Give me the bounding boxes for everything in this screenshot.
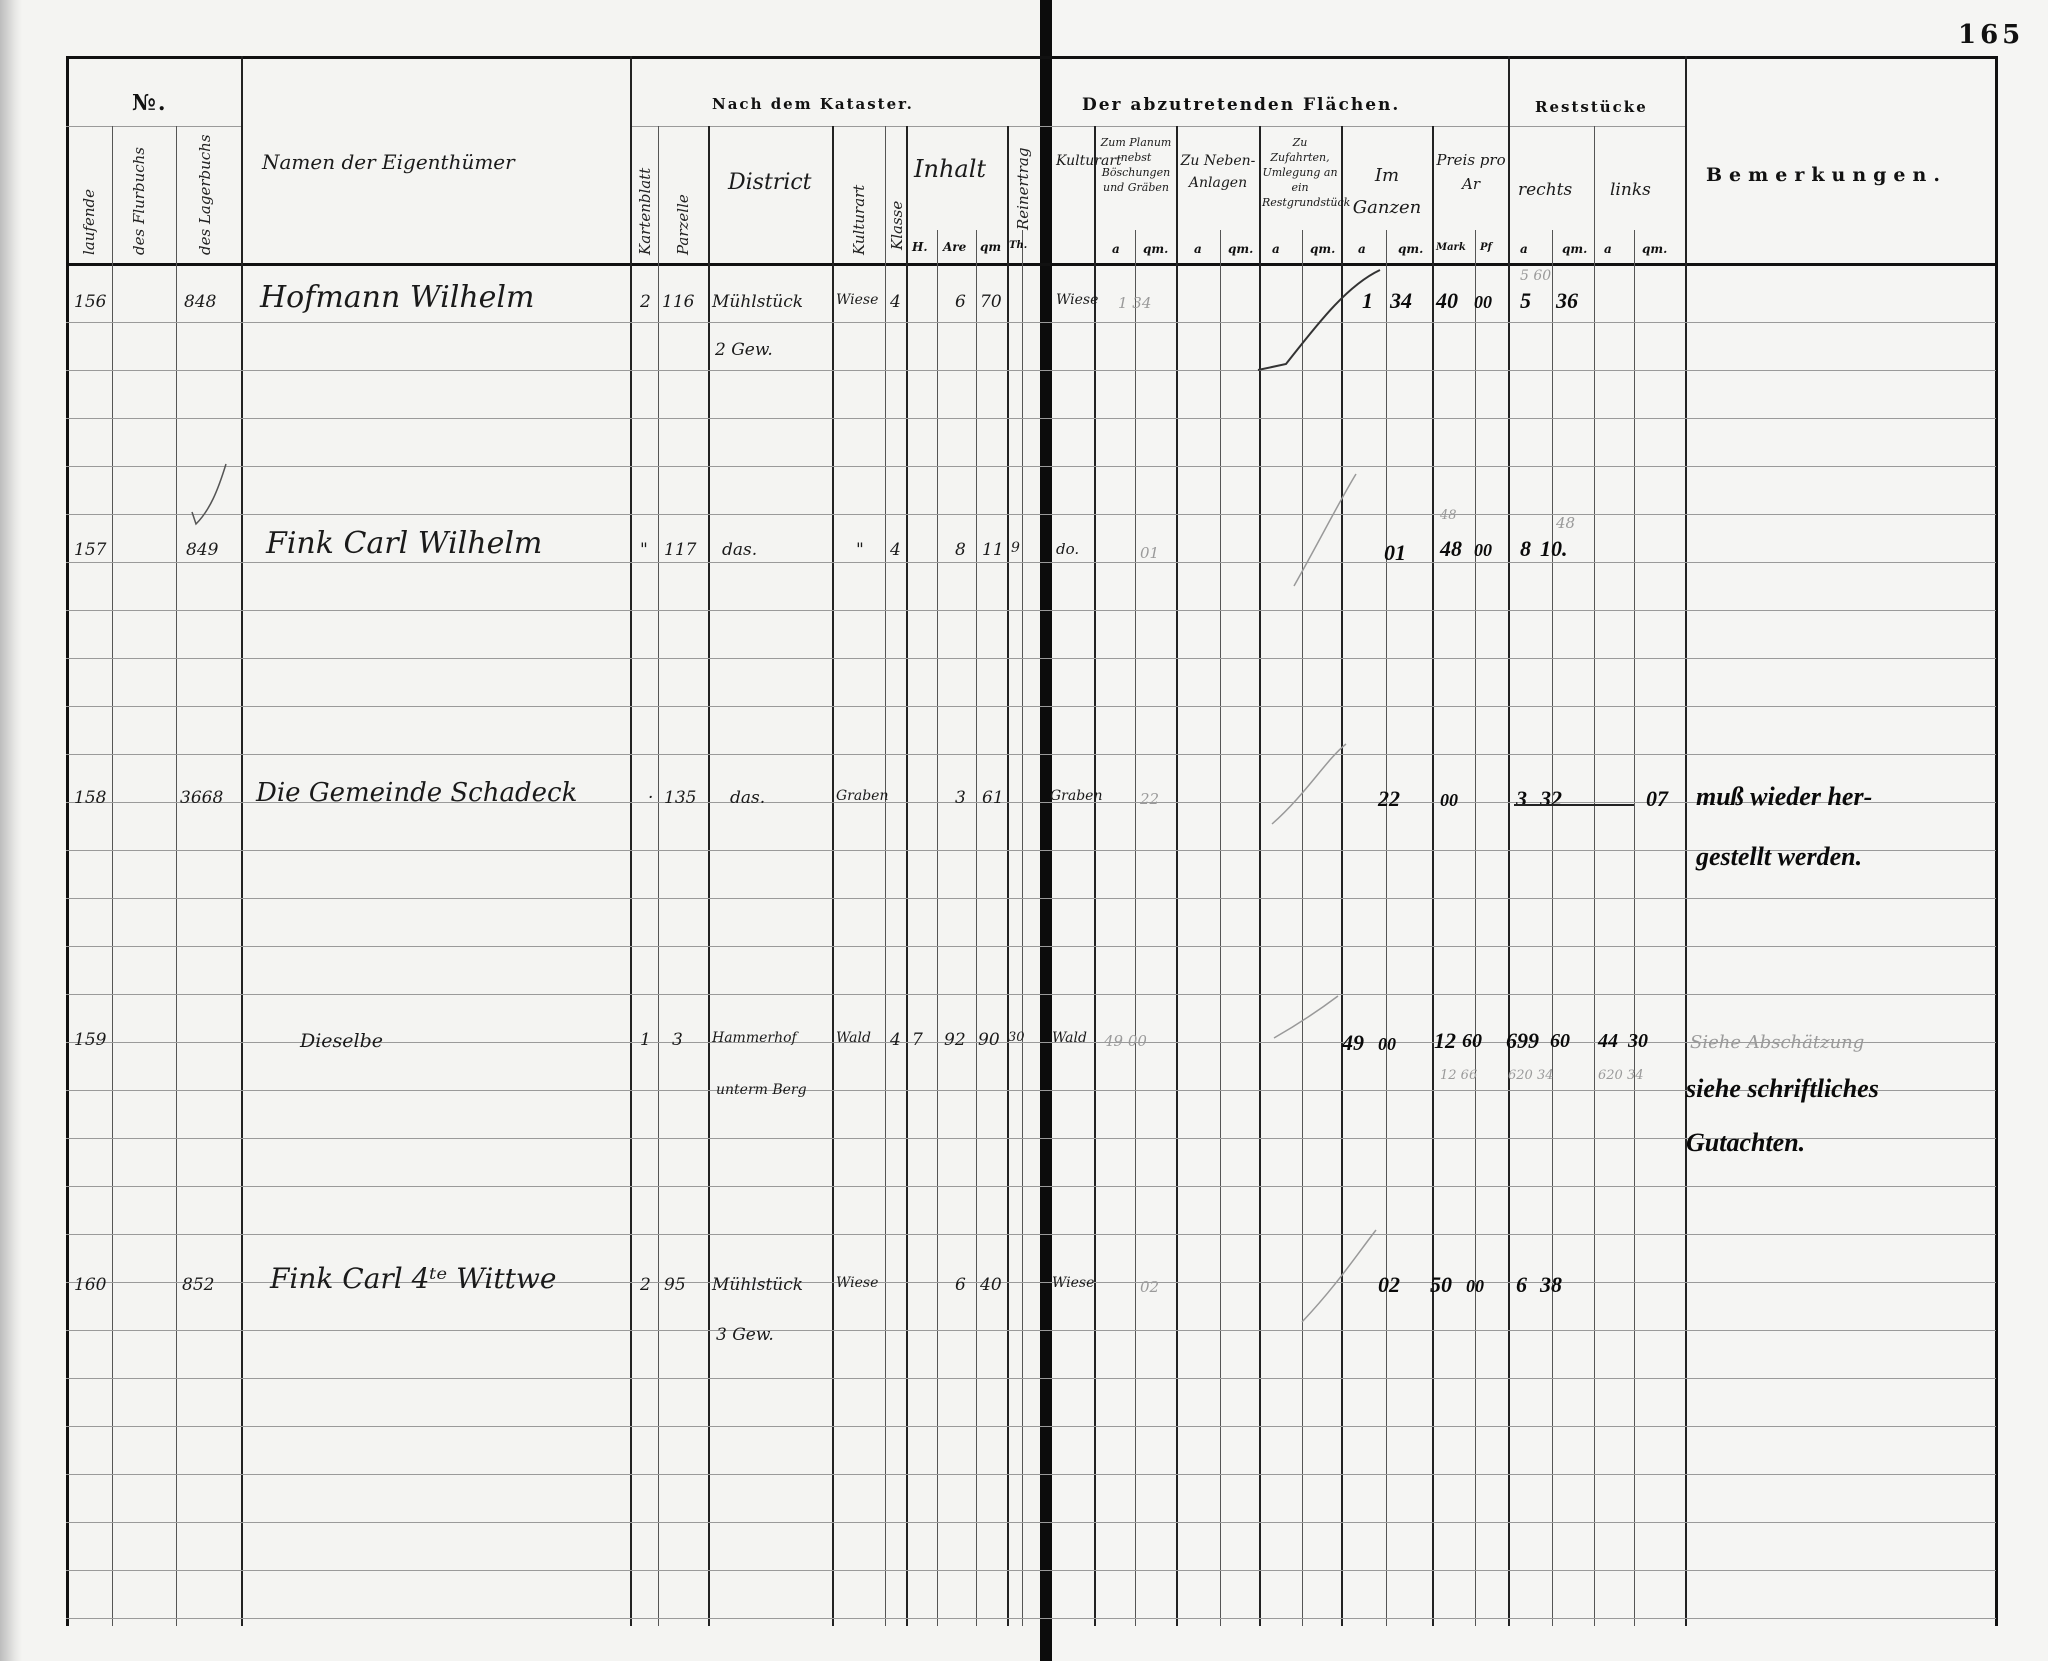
cell-rechts-note: 620 34 [1508, 1068, 1554, 1083]
col-header-nebenanlagen: Zu Neben-Anlagen [1180, 150, 1256, 194]
cell-rechts-a: 699 [1506, 1028, 1539, 1054]
cell-kulturart: " [856, 540, 864, 560]
cell-district: das. [730, 788, 765, 808]
cell-planum: 02 [1140, 1278, 1159, 1296]
cell-lfd: 157 [74, 540, 106, 560]
ruling-line [66, 754, 1996, 755]
cell-name: Hofmann Wilhelm [260, 280, 534, 315]
cell-rechts-qm: 38 [1540, 1272, 1562, 1298]
col-line [1135, 230, 1136, 1626]
cell-rechts-qm: 36 [1556, 288, 1578, 314]
cell-preis-pf: 00 [1440, 790, 1458, 811]
unit-a: a [1272, 242, 1280, 256]
cell-klasse: 4 [890, 292, 901, 312]
col-line [1552, 230, 1553, 1626]
cell-lagerbuch: 849 [186, 540, 218, 560]
ruling-line [66, 706, 1996, 707]
ruling-line [66, 322, 1996, 323]
unit-gm: qm. [1310, 242, 1335, 256]
cell-links-qm: 30 [1628, 1030, 1648, 1053]
cell-parzelle: 117 [664, 540, 696, 560]
col-header-planum: Zum Planum nebst Böschungen und Gräben [1098, 135, 1174, 195]
cell-klasse: 4 [890, 1030, 901, 1050]
col-header-lagerbuch: des Lagerbuchs [196, 130, 214, 255]
col-header-reinertrag: Reinertrag [1014, 130, 1032, 230]
ruling-line [66, 946, 1996, 947]
unit-a: a [1604, 242, 1612, 256]
cell-inhalt-are: 3 [955, 788, 966, 808]
header-kataster: Nach dem Kataster. [712, 95, 914, 113]
ruling-line [66, 1522, 1996, 1523]
cell-rechts-a: 8 [1520, 536, 1531, 562]
table-right-border [1995, 56, 1998, 1626]
unit-a: a [1194, 242, 1202, 256]
col-line [708, 126, 710, 1626]
cell-kultur2: Graben [1050, 788, 1103, 804]
header-reststuecke: Reststücke [1535, 98, 1648, 116]
cell-parzelle: 116 [662, 292, 694, 312]
cell-reinertrag: 30 [1008, 1030, 1025, 1045]
cell-lagerbuch: 848 [184, 292, 216, 312]
ruling-line [66, 1474, 1996, 1475]
cell-inhalt-are: 6 [955, 1275, 966, 1295]
cell-rechts-qm: 32 [1540, 786, 1562, 812]
cell-inhalt-are: 6 [955, 292, 966, 312]
cell-preis-mark: 12 [1434, 1028, 1456, 1054]
cell-name: Die Gemeinde Schadeck [256, 778, 577, 808]
cell-kulturart: Wald [836, 1030, 871, 1046]
cell-name: Fink Carl 4ᵗᵉ Wittwe [270, 1262, 556, 1295]
unit-are: Are [943, 240, 966, 254]
cell-im-ganzen-qm: 34 [1390, 288, 1412, 314]
ruling-line [66, 1378, 1996, 1379]
cell-links-qm: 07 [1646, 786, 1668, 812]
cell-im-ganzen-qm: 00 [1378, 1034, 1396, 1055]
col-line [1302, 230, 1303, 1626]
col-line [1685, 56, 1687, 1626]
cell-im-ganzen-qm: 02 [1378, 1272, 1400, 1298]
book-spine [1040, 0, 1052, 1661]
cell-kultur2: Wiese [1052, 1275, 1094, 1291]
cell-inhalt-h: 7 [912, 1030, 923, 1050]
cell-rechts-a: 3 [1516, 786, 1527, 812]
cell-lagerbuch: 3668 [180, 788, 223, 808]
col-line [1176, 126, 1178, 1626]
unit-gm: qm. [1228, 242, 1253, 256]
header-flaechen: Der abzutretenden Flächen. [1082, 95, 1400, 115]
col-line [1094, 126, 1096, 1626]
cell-inhalt-qm: 70 [980, 292, 1002, 312]
unit-a: a [1358, 242, 1366, 256]
ruling-line [66, 1186, 1996, 1187]
cell-lagerbuch: 852 [182, 1275, 214, 1295]
cell-im-ganzen-qm: 22 [1378, 786, 1400, 812]
cell-inhalt-are: 92 [944, 1030, 966, 1050]
cell-kultur2: do. [1056, 540, 1079, 558]
cell-kartenblatt: 1 [640, 1030, 651, 1050]
col-header-kartenblatt: Kartenblatt [636, 130, 654, 255]
cell-preis-pf: 60 [1462, 1030, 1482, 1053]
cell-kartenblatt: " [640, 540, 648, 560]
col-header-im-ganzen: Im Ganzen [1346, 160, 1428, 224]
cell-preis-mark: 50 [1430, 1272, 1452, 1298]
cell-kultur2: Wald [1052, 1030, 1087, 1046]
cell-kulturart: Graben [836, 788, 889, 804]
cell-preis-mark: 40 [1436, 288, 1458, 314]
col-header-kulturart: Kulturart [850, 130, 868, 255]
bracket-mark-icon [1256, 266, 1386, 376]
cell-bemerkung: muß wieder her- [1696, 782, 1872, 812]
cell-inhalt-qm: 11 [982, 540, 1004, 560]
cell-klasse: 4 [890, 540, 901, 560]
cell-preis-note: 12 66 [1440, 1068, 1477, 1083]
col-line [906, 126, 908, 1626]
col-line [832, 126, 834, 1626]
col-header-kulturart2: Kulturart [1056, 150, 1092, 172]
ruling-line [66, 1570, 1996, 1571]
cell-im-ganzen-qm: 01 [1384, 540, 1406, 566]
col-line [885, 126, 886, 1626]
table-top-border [66, 56, 1996, 59]
cell-district: das. [722, 540, 757, 560]
unit-mark: Mark [1436, 242, 1466, 253]
col-line [658, 126, 659, 1626]
col-line [1220, 230, 1221, 1626]
cell-planum: 49 00 [1104, 1032, 1147, 1050]
cell-district: Hammerhof [712, 1030, 797, 1046]
cell-lfd: 159 [74, 1030, 106, 1050]
cell-bemerkung: siehe schriftliches [1686, 1074, 1879, 1104]
cell-reinertrag: 9 [1011, 540, 1020, 556]
col-header-links: links [1610, 180, 1651, 200]
cell-planum: 1 34 [1118, 294, 1151, 312]
page-number: 165 [1958, 20, 2024, 50]
col-header-eigentuemer: Namen der Eigenthümer [262, 150, 515, 174]
col-line [1634, 230, 1635, 1626]
ruling-line [66, 1234, 1996, 1235]
ruling-line [66, 418, 1996, 419]
strike-line [1514, 804, 1634, 806]
cell-preis-mark: 48 [1440, 536, 1462, 562]
cell-im-ganzen-a: 49 [1342, 1030, 1364, 1056]
header-bemerkungen: Bemerkungen. [1706, 164, 1947, 186]
col-header-rechts: rechts [1518, 180, 1572, 200]
cell-district2: unterm Berg [716, 1082, 807, 1098]
col-line [630, 56, 632, 1626]
cell-preis-pf: 00 [1474, 540, 1492, 561]
cell-inhalt-qm: 90 [978, 1030, 1000, 1050]
col-line [241, 56, 243, 1626]
header-bottom-border [66, 263, 1996, 266]
ruling-line [66, 610, 1996, 611]
col-header-flurbuch: des Flurbuchs [130, 130, 148, 255]
col-line [1022, 230, 1023, 1626]
col-line [176, 126, 177, 1626]
ruling-line [66, 898, 1996, 899]
unit-th: Th. [1009, 240, 1027, 251]
cell-links-note: 620 34 [1598, 1068, 1644, 1083]
col-header-klasse: Klasse [888, 150, 906, 250]
cell-planum: 01 [1140, 544, 1159, 562]
col-line [976, 230, 977, 1626]
cell-district: Mühlstück [712, 1275, 803, 1295]
unit-qm: qm [980, 240, 1001, 254]
col-header-zufahrt: Zu Zufahrten, Umlegung an ein Restgrunds… [1262, 135, 1338, 210]
ruling-line [66, 562, 1996, 563]
unit-h: H. [912, 240, 928, 254]
cell-rechts-note: 5 60 [1520, 268, 1551, 284]
cell-kartenblatt: 2 [640, 1275, 651, 1295]
ruling-line [66, 1618, 1996, 1619]
ruling-line [66, 1330, 1996, 1331]
cell-inhalt-qm: 61 [982, 788, 1004, 808]
col-line [1386, 230, 1387, 1626]
col-header-preis: Preis pro Ar [1436, 148, 1506, 196]
page-edge [0, 0, 22, 1661]
cell-inhalt-are: 8 [955, 540, 966, 560]
cell-kartenblatt: · [648, 788, 653, 808]
unit-gm: qm. [1642, 242, 1667, 256]
cell-district2: 3 Gew. [716, 1325, 774, 1345]
unit-gm: qm. [1143, 242, 1168, 256]
cell-parzelle: 3 [672, 1030, 683, 1050]
cell-rechts-a: 5 [1520, 288, 1531, 314]
unit-gm: qm. [1398, 242, 1423, 256]
cell-rechts-qm: 60 [1550, 1030, 1570, 1053]
bracket-mark-icon [1272, 992, 1342, 1042]
cell-links-a: 44 [1598, 1030, 1618, 1053]
cell-parzelle: 95 [664, 1275, 686, 1295]
cell-bemerkung-struck: Siehe Abschätzung [1690, 1032, 1864, 1053]
cell-preis-pf: 00 [1466, 1276, 1484, 1297]
cell-bemerkung2: Gutachten. [1686, 1128, 1805, 1158]
sub-divider [66, 126, 242, 127]
cell-rechts-note: 48 [1556, 514, 1575, 532]
cell-lfd: 156 [74, 292, 106, 312]
table-left-border [66, 56, 69, 1626]
cell-name: Dieselbe [300, 1030, 383, 1052]
cell-lfd: 160 [74, 1275, 106, 1295]
cell-kulturart: Wiese [836, 1275, 878, 1291]
cell-preis-pf: 00 [1474, 292, 1492, 313]
cell-parzelle: 135 [664, 788, 696, 808]
cell-inhalt-qm: 40 [980, 1275, 1002, 1295]
cell-name: Fink Carl Wilhelm [266, 526, 542, 561]
bracket-mark-icon [1290, 470, 1360, 590]
col-line [937, 230, 938, 1626]
ruling-line [66, 370, 1996, 371]
unit-a: a [1112, 242, 1120, 256]
unit-gm: qm. [1562, 242, 1587, 256]
col-line [1508, 56, 1510, 1626]
ruling-line [66, 658, 1996, 659]
ruling-line [66, 514, 1996, 515]
unit-a: a [1520, 242, 1528, 256]
bracket-mark-icon [1270, 740, 1350, 830]
check-mark-icon [190, 460, 230, 530]
col-line [1007, 126, 1009, 1626]
ruling-line [66, 994, 1996, 995]
cell-rechts-a: 6 [1516, 1272, 1527, 1298]
cell-kultur2: Wiese [1056, 292, 1098, 308]
sub-divider [630, 126, 1685, 127]
cell-lfd: 158 [74, 788, 106, 808]
col-header-district: District [728, 170, 812, 195]
col-header-parzelle: Parzelle [674, 130, 692, 255]
col-line [1475, 230, 1476, 1626]
bracket-mark-icon [1300, 1226, 1380, 1326]
cell-district2: 2 Gew. [715, 340, 773, 360]
header-no: №. [132, 90, 168, 116]
cell-preis-note: 48 [1440, 508, 1457, 523]
col-header-lfd: laufende [80, 130, 98, 255]
col-header-inhalt: Inhalt [914, 155, 986, 183]
unit-pf: Pf [1480, 242, 1492, 253]
col-line [112, 126, 113, 1626]
left-page [0, 0, 1040, 1661]
cell-rechts-qm: 10. [1540, 536, 1568, 562]
ruling-line [66, 1426, 1996, 1427]
cell-district: Mühlstück [712, 292, 803, 312]
cell-bemerkung2: gestellt werden. [1696, 842, 1862, 872]
col-line [1432, 126, 1434, 1626]
cell-planum: 22 [1140, 790, 1159, 808]
cell-kulturart: Wiese [836, 292, 878, 308]
col-line [1594, 126, 1595, 1626]
cell-kartenblatt: 2 [640, 292, 651, 312]
ruling-line [66, 466, 1996, 467]
